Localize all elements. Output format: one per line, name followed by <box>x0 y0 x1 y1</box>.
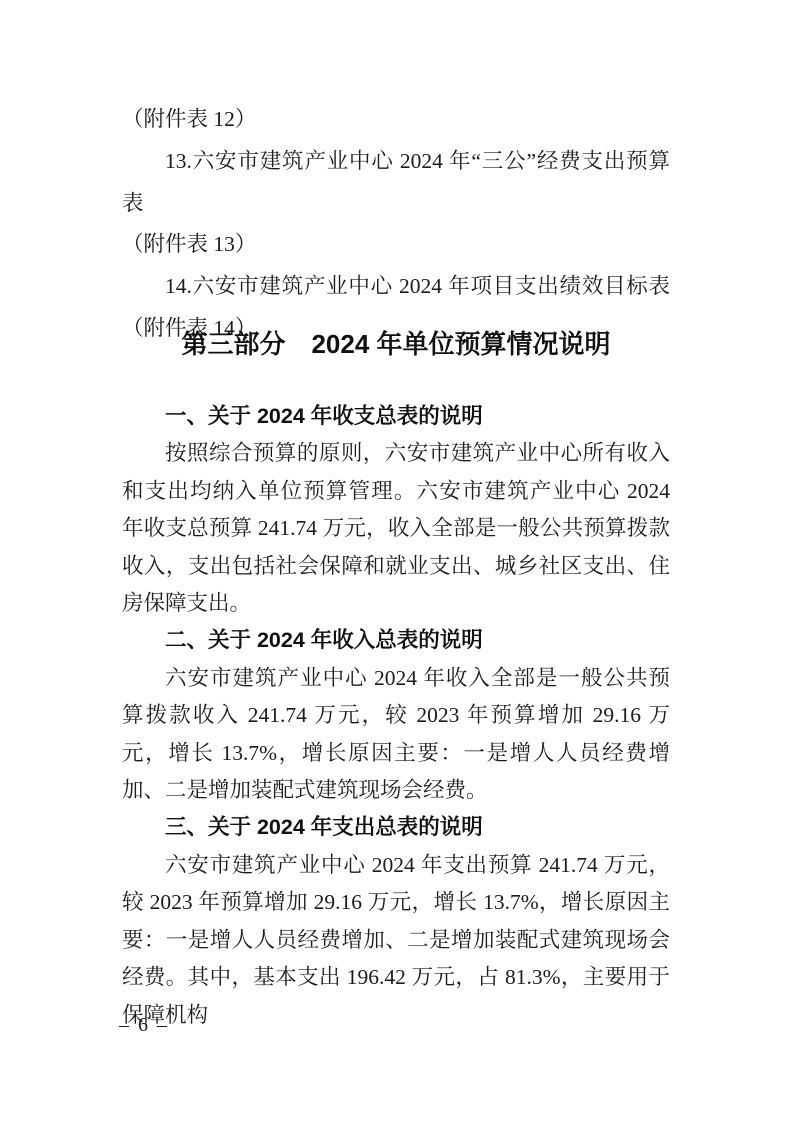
section-1-heading: 一、关于 2024 年收支总表的说明 <box>122 398 670 435</box>
attachment-item-13: 13.六安市建筑产业中心 2024 年“三公”经费支出预算表 <box>122 141 670 225</box>
attachment-list: （附件表 12） 13.六安市建筑产业中心 2024 年“三公”经费支出预算表 … <box>122 99 670 350</box>
part-heading: 第三部分 2024 年单位预算情况说明 <box>122 329 670 359</box>
section-2-heading: 二、关于 2024 年收入总表的说明 <box>122 622 670 659</box>
section-2-paragraph: 六安市建筑产业中心 2024 年收入全部是一般公共预算拨款收入 241.74 万… <box>122 660 670 810</box>
attachment-item-14: 14.六安市建筑产业中心 2024 年项目支出绩效目标表 <box>122 266 670 308</box>
body-text: 一、关于 2024 年收支总表的说明 按照综合预算的原则，六安市建筑产业中心所有… <box>122 398 670 1034</box>
section-1-paragraph: 按照综合预算的原则，六安市建筑产业中心所有收入和支出均纳入单位预算管理。六安市建… <box>122 435 670 622</box>
section-3-paragraph: 六安市建筑产业中心 2024 年支出预算 241.74 万元，较 2023 年预… <box>122 847 670 1034</box>
attachment-line-13: （附件表 13） <box>122 224 670 266</box>
page-number: – 6 – <box>119 1013 169 1037</box>
attachment-line-12: （附件表 12） <box>122 99 670 141</box>
section-3-heading: 三、关于 2024 年支出总表的说明 <box>122 809 670 846</box>
document-page: （附件表 12） 13.六安市建筑产业中心 2024 年“三公”经费支出预算表 … <box>0 0 793 1122</box>
